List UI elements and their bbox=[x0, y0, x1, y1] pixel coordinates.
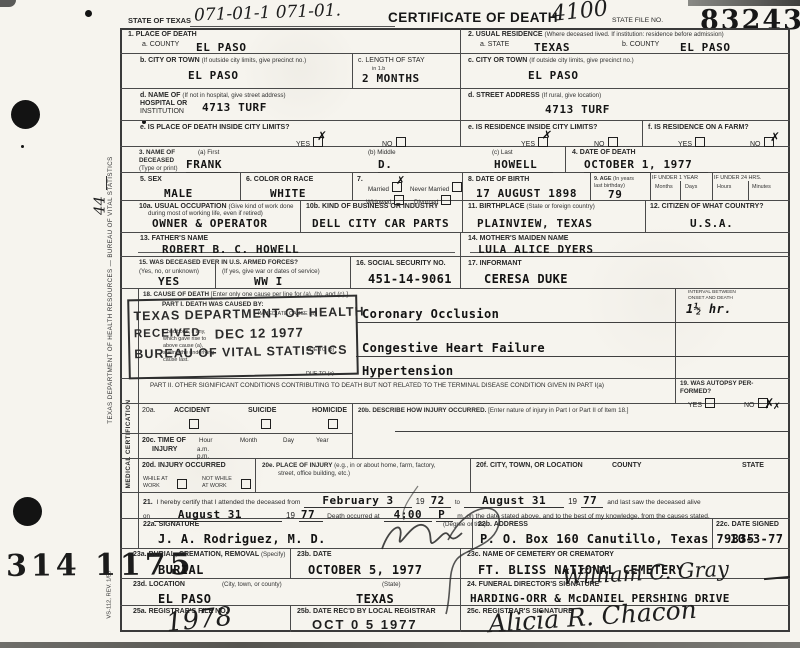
margin-department-caption: TEXAS DEPARTMENT OF HEALTH RESOURCES — B… bbox=[107, 90, 115, 490]
certify-line-1: 21. I hereby certify that I attended the… bbox=[143, 495, 701, 508]
field-5-value: MALE bbox=[164, 188, 193, 199]
field-7-label: 7. bbox=[357, 176, 363, 185]
field-4-label: 4. DATE OF DEATH bbox=[572, 149, 636, 158]
field-20f-label: 20f. CITY, TOWN, OR LOCATION bbox=[476, 462, 583, 471]
stamp-received: RECEIVED bbox=[134, 325, 201, 346]
field-8-value: 17 AUGUST 1898 bbox=[476, 188, 577, 199]
field-2b-value: EL PASO bbox=[680, 42, 731, 53]
farm-yes: YES bbox=[678, 133, 705, 151]
x-mark: ✗ bbox=[396, 174, 405, 187]
cause-a-line bbox=[356, 322, 788, 323]
under-1-year-label: IF UNDER 1 YEAR bbox=[652, 175, 698, 182]
received-stamp: TEXAS DEPARTMENT OF HEALTH RECEIVED DEC … bbox=[127, 295, 359, 380]
field-12-label: 12. CITIZEN OF WHAT COUNTRY? bbox=[650, 203, 764, 212]
field-2b-label: b. COUNTY bbox=[622, 41, 659, 50]
attended-to-year: 77 bbox=[581, 495, 603, 508]
checkbox bbox=[452, 182, 462, 192]
first-name-value: FRANK bbox=[186, 159, 238, 173]
death-certificate-scan: STATE OF TEXAS 071-01-1 071-01. CERTIFIC… bbox=[0, 0, 800, 648]
field-1-label: 1. PLACE OF DEATH bbox=[128, 31, 197, 40]
field-23d-label: 23d. LOCATION bbox=[133, 581, 185, 590]
interval-value: 1½ hr. bbox=[686, 303, 732, 315]
field-20a-label: 20a. bbox=[142, 407, 156, 416]
field-2-paren: (Where deceased lived. If institution: r… bbox=[545, 31, 724, 38]
x-mark: ✗ bbox=[773, 402, 781, 412]
while-at-work: WHILE ATWORK bbox=[143, 476, 168, 490]
field-1a-value: EL PASO bbox=[196, 42, 247, 53]
field-23c-label: 23c. NAME OF CEMETERY OR CREMATORY bbox=[467, 551, 614, 560]
field-2a-value: TEXAS bbox=[534, 42, 570, 53]
header-underline bbox=[190, 26, 395, 27]
cause-a-value: Coronary Occlusion bbox=[362, 308, 499, 320]
scan-artifact-top-left bbox=[0, 0, 16, 7]
field-15-label: 15. WAS DECEASED EVER IN U.S. ARMED FORC… bbox=[139, 259, 298, 267]
field-16-label: 16. SOCIAL SECURITY NO. bbox=[356, 260, 446, 269]
field-13-value: ROBERT B. C. HOWELL bbox=[162, 244, 299, 255]
field-23d-state-value: TEXAS bbox=[356, 593, 394, 605]
field-22b-label: 22b. ADDRESS bbox=[478, 521, 528, 530]
last-name-label: (c) Last bbox=[492, 149, 513, 157]
field-6-label: 6. COLOR OR RACE bbox=[246, 176, 313, 185]
field-c-stay-label: c. LENGTH OF STAY bbox=[358, 57, 425, 66]
checkbox bbox=[261, 419, 271, 429]
attended-from-value: February 3 bbox=[304, 495, 411, 508]
field-22b-value: P. O. Box 160 Canutillo, Texas 79835 bbox=[480, 533, 755, 545]
field-1a-label: a. COUNTY bbox=[142, 41, 179, 50]
field-15-war-value: WW I bbox=[254, 276, 283, 287]
not-while-at-work: NOT WHILEAT WORK bbox=[202, 476, 232, 490]
field-23b-value: OCTOBER 5, 1977 bbox=[308, 564, 422, 576]
field-17-value: CERESA DUKE bbox=[484, 273, 568, 285]
field-17-label: 17. INFORMANT bbox=[468, 260, 522, 269]
state-of-texas-label: STATE OF TEXAS bbox=[128, 16, 191, 25]
ink-speck bbox=[21, 145, 24, 148]
cause-b-value: Congestive Heart Failure bbox=[362, 342, 545, 354]
hole-punch bbox=[11, 100, 40, 129]
stamp-date: DEC 12 1977 bbox=[215, 322, 304, 343]
checkbox bbox=[177, 479, 187, 489]
under-24-hrs-label: IF UNDER 24 HRS. bbox=[714, 175, 761, 182]
checkbox bbox=[705, 398, 715, 408]
homicide-label: HOMICIDE bbox=[312, 407, 347, 416]
field-20e-label: 20e. PLACE OF INJURY (e.g., in or about … bbox=[262, 462, 435, 478]
checkbox bbox=[608, 137, 618, 147]
field-d-street-value: 4713 TURF bbox=[545, 104, 610, 115]
state-file-no-label: STATE FILE NO. bbox=[612, 17, 663, 25]
checkbox bbox=[241, 479, 251, 489]
first-name-label: (a) First bbox=[198, 149, 219, 157]
hole-punch bbox=[13, 497, 42, 526]
field-6-value: WHITE bbox=[270, 188, 306, 199]
registrar-file-no-handwritten: 1978 bbox=[165, 604, 234, 637]
last-seen-year: 77 bbox=[299, 509, 323, 522]
field-22c-label: 22c. DATE SIGNED bbox=[716, 521, 779, 530]
last-name-value: HOWELL bbox=[494, 159, 553, 173]
field-b-city-label: b. CITY OR TOWN (If outside city limits,… bbox=[140, 57, 306, 66]
ink-dot bbox=[85, 10, 92, 17]
field-e-death-limits-label: e. IS PLACE OF DEATH INSIDE CITY LIMITS? bbox=[140, 124, 289, 133]
cause-b-line bbox=[356, 356, 788, 357]
interval-label: INTERVAL BETWEENONSET AND DEATH bbox=[688, 290, 736, 302]
checkbox bbox=[328, 419, 338, 429]
field-2a-label: a. STATE bbox=[480, 41, 509, 50]
field-11-value: PLAINVIEW, TEXAS bbox=[477, 218, 593, 229]
field-22c-value: 10-3-77 bbox=[730, 533, 783, 545]
checkbox bbox=[396, 137, 406, 147]
margin-handwritten-stroke bbox=[106, 176, 107, 190]
attended-to-value: August 31 bbox=[464, 495, 564, 508]
field-8-label: 8. DATE OF BIRTH bbox=[468, 176, 529, 185]
field-3-label: 3. NAME OFDECEASED(Type or print) bbox=[139, 149, 178, 173]
margin-handwritten-44: 44 bbox=[93, 188, 108, 224]
field-5-label: 5. SEX bbox=[140, 176, 162, 185]
field-11-label: 11. BIRTHPLACE (State or foreign country… bbox=[468, 203, 595, 212]
field-23a-value: BURIAL bbox=[158, 564, 204, 576]
field-b-city-value: EL PASO bbox=[188, 70, 239, 81]
handwritten-number: 4100 bbox=[551, 0, 609, 26]
county-label: COUNTY bbox=[612, 462, 642, 471]
scan-artifact-bottom-band bbox=[0, 642, 800, 648]
middle-name-value: D. bbox=[378, 159, 408, 173]
field-d-hospital-value: 4713 TURF bbox=[202, 102, 267, 113]
state-label-20f: STATE bbox=[742, 462, 764, 471]
field-14-value: LULA ALICE DYERS bbox=[478, 244, 594, 255]
field-9-value: 79 bbox=[608, 189, 622, 200]
accident-label: ACCIDENT bbox=[174, 407, 210, 416]
certificate-title: CERTIFICATE OF DEATH bbox=[388, 10, 558, 25]
checkbox bbox=[695, 137, 705, 147]
field-10b-label: 10b. KIND OF BUSINESS OR INDUSTRY bbox=[306, 203, 438, 212]
handwritten-file-code: 071-01-1 071-01. bbox=[194, 2, 342, 24]
field-25b-label: 25b. DATE REC'D BY LOCAL REGISTRAR bbox=[297, 608, 436, 617]
field-20c-label: 20c. TIME OFINJURY bbox=[142, 437, 186, 455]
field-22a-label: 22a. SIGNATURE bbox=[143, 521, 199, 530]
certify-line-2: on August 31 19 77 Death occurred at 4:0… bbox=[143, 509, 710, 522]
field-10a-value: OWNER & OPERATOR bbox=[152, 218, 268, 229]
field-c-city-label: c. CITY OR TOWN (If outside city limits,… bbox=[468, 57, 634, 66]
field-12-value: U.S.A. bbox=[690, 218, 733, 229]
field-4-value: OCTOBER 1, 1977 bbox=[584, 159, 708, 173]
x-mark: ✗ bbox=[541, 127, 553, 142]
field-23a-label: 23a. BURIAL, CREMATION, REMOVAL (Specify… bbox=[133, 551, 285, 560]
field-10b-value: DELL CITY CAR PARTS bbox=[312, 218, 449, 229]
field-2-label: 2. USUAL RESIDENCE (Where deceased lived… bbox=[468, 31, 724, 40]
field-20d-label: 20d. INJURY OCCURRED bbox=[142, 462, 226, 471]
field-f-farm-label: f. IS RESIDENCE ON A FARM? bbox=[648, 124, 749, 133]
middle-name-label: (b) Middle bbox=[368, 149, 396, 157]
stamp-line3: BUREAU OF VITAL STATISTICS bbox=[134, 341, 352, 364]
field-25b-value: OCT 0 5 1977 bbox=[312, 617, 418, 632]
x-mark: ✗ bbox=[770, 130, 780, 144]
field-23b-label: 23b. DATE bbox=[297, 551, 332, 560]
checkbox bbox=[441, 195, 451, 205]
field-c-stay-value: 2 MONTHS bbox=[362, 73, 420, 84]
field-16-value: 451-14-9061 bbox=[368, 273, 452, 285]
field-15-value: YES bbox=[158, 276, 180, 287]
field-20b-label: 20b. DESCRIBE HOW INJURY OCCURRED. [Ente… bbox=[358, 407, 628, 415]
suicide-label: SUICIDE bbox=[248, 407, 276, 416]
part2-label: PART II. OTHER SIGNIFICANT CONDITIONS CO… bbox=[150, 382, 604, 390]
checkbox bbox=[189, 419, 199, 429]
field-22a-value: J. A. Rodriguez, M. D. bbox=[158, 533, 326, 545]
x-mark: ✗ bbox=[317, 129, 327, 143]
field-c-city-value: EL PASO bbox=[528, 70, 579, 81]
cause-c-value: Hypertension bbox=[362, 365, 454, 377]
injury-blank-line bbox=[395, 431, 788, 432]
field-d-street-label: d. STREET ADDRESS (If rural, give locati… bbox=[468, 92, 601, 101]
field-23d-value: EL PASO bbox=[158, 593, 211, 605]
field-e-res-limits-label: e. IS RESIDENCE INSIDE CITY LIMITS? bbox=[468, 124, 597, 133]
attended-from-year: 72 bbox=[429, 495, 451, 508]
death-time-value: 4:00 bbox=[384, 509, 433, 522]
autopsy-yes: YES bbox=[688, 394, 715, 412]
